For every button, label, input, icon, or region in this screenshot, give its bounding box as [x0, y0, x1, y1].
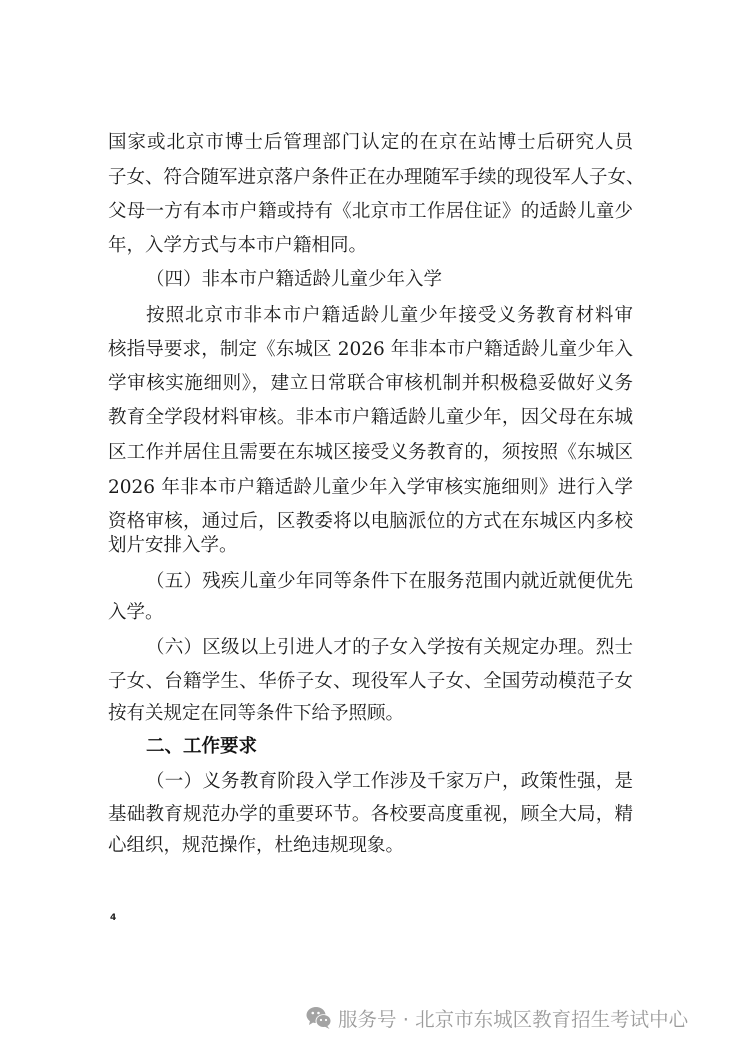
page-number: 4 — [110, 913, 116, 923]
section-heading-work-requirements: 二、工作要求 — [146, 732, 633, 762]
body-line: 父母一方有本市户籍或持有《北京市工作居住证》的适龄儿童少 — [108, 197, 633, 227]
paragraph-item-1: （一）义务教育阶段入学工作涉及千家万户，政策性强，是 — [146, 767, 633, 797]
paragraph-item-5: （五）残疾儿童少年同等条件下在服务范围内就近就便优先 — [146, 567, 633, 597]
document-page: 国家或北京市博士后管理部门认定的在京在站博士后研究人员 子女、符合随军进京落户条… — [0, 0, 740, 1047]
section-heading-4: （四）非本市户籍适龄儿童少年入学 — [146, 265, 633, 295]
body-line: 核指导要求，制定《东城区 2026 年非本市户籍适龄儿童少年入 — [108, 335, 633, 365]
body-line: 区工作并居住且需要在东城区接受义务教育的，须按照《东城区 — [108, 438, 633, 468]
footer-text: 服务号 · 北京市东城区教育招生考试中心 — [338, 1004, 688, 1032]
body-line: 年，入学方式与本市户籍相同。 — [108, 231, 633, 261]
body-line: 入学。 — [108, 598, 633, 628]
body-line: 划片安排入学。 — [108, 531, 633, 561]
body-line: 子女、符合随军进京落户条件正在办理随军手续的现役军人子女、 — [108, 163, 633, 193]
body-line: 按有关规定在同等条件下给予照顾。 — [108, 699, 633, 729]
body-line: 2026 年非本市户籍适龄儿童少年入学审核实施细则》进行入学 — [108, 473, 633, 503]
body-line: 基础教育规范办学的重要环节。各校要高度重视，顾全大局，精 — [108, 800, 633, 830]
body-line: 学审核实施细则》，建立日常联合审核机制并积极稳妥做好义务 — [108, 369, 633, 399]
body-line: 子女、台籍学生、华侨子女、现役军人子女、全国劳动模范子女 — [108, 667, 633, 697]
body-line: 心组织，规范操作，杜绝违规现象。 — [108, 831, 633, 861]
paragraph-first-line: 按照北京市非本市户籍适龄儿童少年接受义务教育材料审 — [146, 301, 633, 331]
footer-watermark: 服务号 · 北京市东城区教育招生考试中心 — [306, 1003, 688, 1033]
body-line: 教育全学段材料审核。非本市户籍适龄儿童少年，因父母在东城 — [108, 403, 633, 433]
wechat-icon — [306, 1006, 332, 1030]
body-line: 国家或北京市博士后管理部门认定的在京在站博士后研究人员 — [108, 128, 633, 158]
paragraph-item-6: （六）区级以上引进人才的子女入学按有关规定办理。烈士 — [146, 633, 633, 663]
